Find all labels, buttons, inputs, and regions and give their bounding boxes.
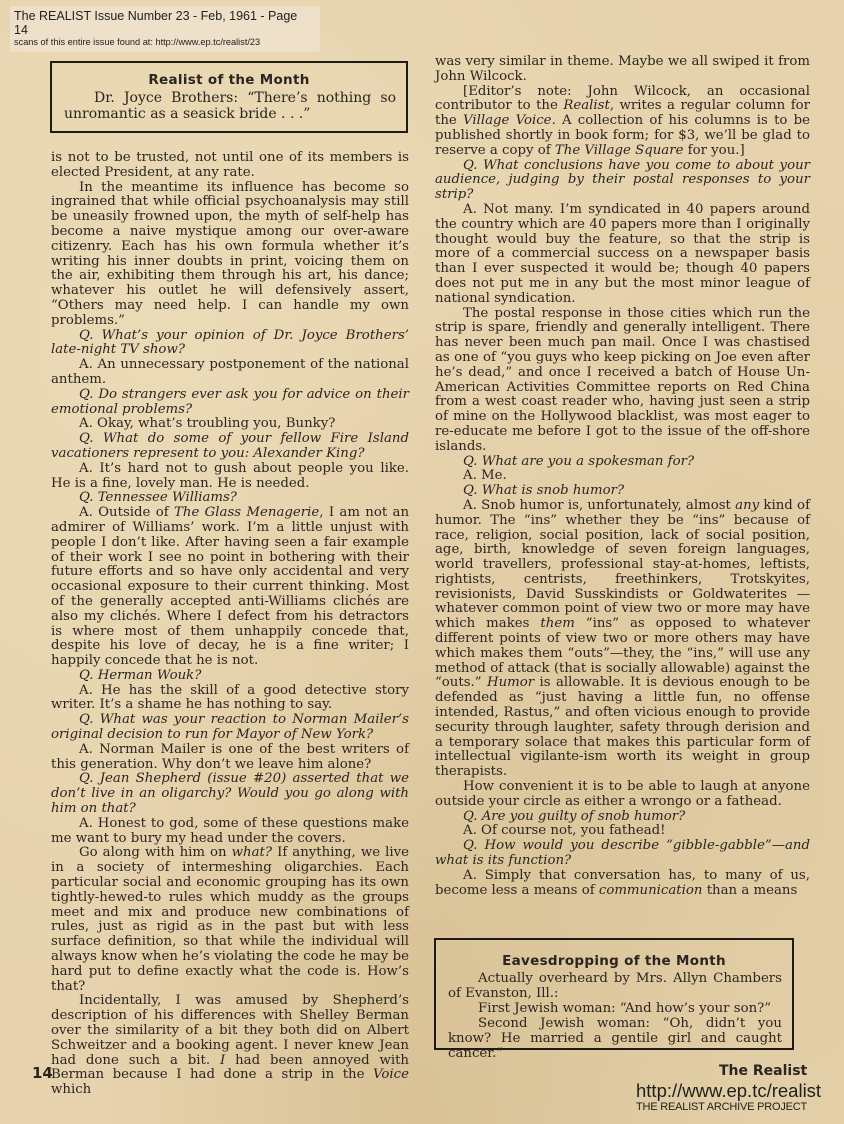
- scan-label-source: scans of this entire issue found at: htt…: [14, 37, 314, 48]
- eavesdropping-box: Eavesdropping of the Month Actually over…: [434, 938, 794, 1050]
- text-run: which: [51, 1082, 91, 1097]
- text-run: is allowable. It is devious enough to be…: [435, 675, 810, 779]
- text-run: kind of humor. The “ins” whether they be…: [435, 498, 810, 631]
- article-paragraph: In the meantime its influence has become…: [51, 181, 409, 329]
- article-paragraph: Incidentally, I was amused by Shepherd’s…: [51, 994, 409, 1098]
- interview-question: Q. Are you guilty of snob humor?: [435, 810, 810, 825]
- emphasis-text: The Village Square: [555, 143, 684, 158]
- emphasis-text: Humor: [487, 675, 534, 690]
- text-run: for you.]: [683, 143, 744, 158]
- article-paragraph: A. Me.: [435, 469, 810, 484]
- scan-label-title: The REALIST Issue Number 23 - Feb, 1961 …: [14, 9, 314, 37]
- article-paragraph: How convenient it is to be able to laugh…: [435, 780, 810, 810]
- article-paragraph: A. He has the skill of a good detective …: [51, 684, 409, 714]
- interview-question: Q. Jean Shepherd (issue #20) asserted th…: [51, 772, 409, 816]
- article-paragraph: A. Norman Mailer is one of the best writ…: [51, 743, 409, 773]
- archive-project-name: THE REALIST ARCHIVE PROJECT: [636, 1101, 807, 1113]
- eavesdropping-line-2: Second Jewish woman: “Oh, didn’t you kno…: [448, 1016, 782, 1061]
- emphasis-text: Voice: [373, 1067, 409, 1082]
- right-column: was very similar in theme. Maybe we all …: [435, 55, 810, 898]
- emphasis-text: what?: [232, 845, 272, 860]
- interview-question: Q. Tennessee Williams?: [51, 491, 409, 506]
- interview-question: Q. Do strangers ever ask you for advice …: [51, 388, 409, 418]
- article-paragraph: [Editor’s note: John Wilcock, an occasio…: [435, 85, 810, 159]
- text-run: Go along with him on: [79, 845, 232, 860]
- article-paragraph: A. Of course not, you fathead!: [435, 824, 810, 839]
- article-paragraph: A. Not many. I’m syndicated in 40 papers…: [435, 203, 810, 307]
- left-column: is not to be trusted, not until one of i…: [51, 151, 409, 1098]
- page-number: 14: [32, 1064, 53, 1082]
- realist-of-month-quote: Dr. Joyce Brothers: “There’s nothing so …: [64, 90, 396, 122]
- interview-question: Q. What is snob humor?: [435, 484, 810, 499]
- emphasis-text: them: [540, 616, 574, 631]
- emphasis-text: Realist: [563, 98, 609, 113]
- article-paragraph: Go along with him on what? If anything, …: [51, 846, 409, 994]
- interview-question: Q. What conclusions have you come to abo…: [435, 159, 810, 203]
- realist-of-month-box: Realist of the Month Dr. Joyce Brothers:…: [50, 61, 408, 133]
- archive-url-link[interactable]: http://www.ep.tc/realist: [636, 1080, 821, 1102]
- article-paragraph: A. Simply that conversation has, to many…: [435, 869, 810, 899]
- article-paragraph: A. Outside of The Glass Menagerie, I am …: [51, 506, 409, 669]
- text-run: than a means: [702, 883, 797, 898]
- interview-question: Q. How would you describe “gibble-gabble…: [435, 839, 810, 869]
- article-paragraph: A. Snob humor is, unfortunately, almost …: [435, 499, 810, 780]
- article-paragraph: A. Honest to god, some of these question…: [51, 817, 409, 847]
- text-run: A. Snob humor is, unfortunately, almost: [463, 498, 735, 513]
- publication-name: The Realist: [719, 1063, 807, 1079]
- text-run: , I am not an admirer of Williams’ work.…: [51, 505, 409, 668]
- article-paragraph: A. An unnecessary postponement of the na…: [51, 358, 409, 388]
- interview-question: Q. What was your reaction to Norman Mail…: [51, 713, 409, 743]
- eavesdropping-title: Eavesdropping of the Month: [436, 954, 792, 969]
- realist-of-month-title: Realist of the Month: [52, 73, 406, 88]
- eavesdropping-intro: Actually overheard by Mrs. Allyn Chamber…: [448, 971, 782, 1001]
- article-paragraph: is not to be trusted, not until one of i…: [51, 151, 409, 181]
- emphasis-text: communication: [599, 883, 703, 898]
- article-paragraph: A. It’s hard not to gush about people yo…: [51, 462, 409, 492]
- interview-question: Q. What’s your opinion of Dr. Joyce Brot…: [51, 329, 409, 359]
- interview-question: Q. What are you a spokesman for?: [435, 455, 810, 470]
- text-run: If anything, we live in a society of int…: [51, 845, 409, 993]
- emphasis-text: The Glass Menagerie: [174, 505, 319, 520]
- emphasis-text: any: [735, 498, 759, 513]
- article-paragraph: was very similar in theme. Maybe we all …: [435, 55, 810, 85]
- text-run: A. Outside of: [79, 505, 174, 520]
- article-paragraph: A. Okay, what’s troubling you, Bunky?: [51, 417, 409, 432]
- interview-question: Q. Herman Wouk?: [51, 669, 409, 684]
- emphasis-text: Village Voice: [463, 113, 552, 128]
- eavesdropping-line-1: First Jewish woman: “And how’s your son?…: [448, 1001, 782, 1016]
- interview-question: Q. What do some of your fellow Fire Isla…: [51, 432, 409, 462]
- article-paragraph: The postal response in those cities whic…: [435, 307, 810, 455]
- scan-label: The REALIST Issue Number 23 - Feb, 1961 …: [10, 6, 320, 52]
